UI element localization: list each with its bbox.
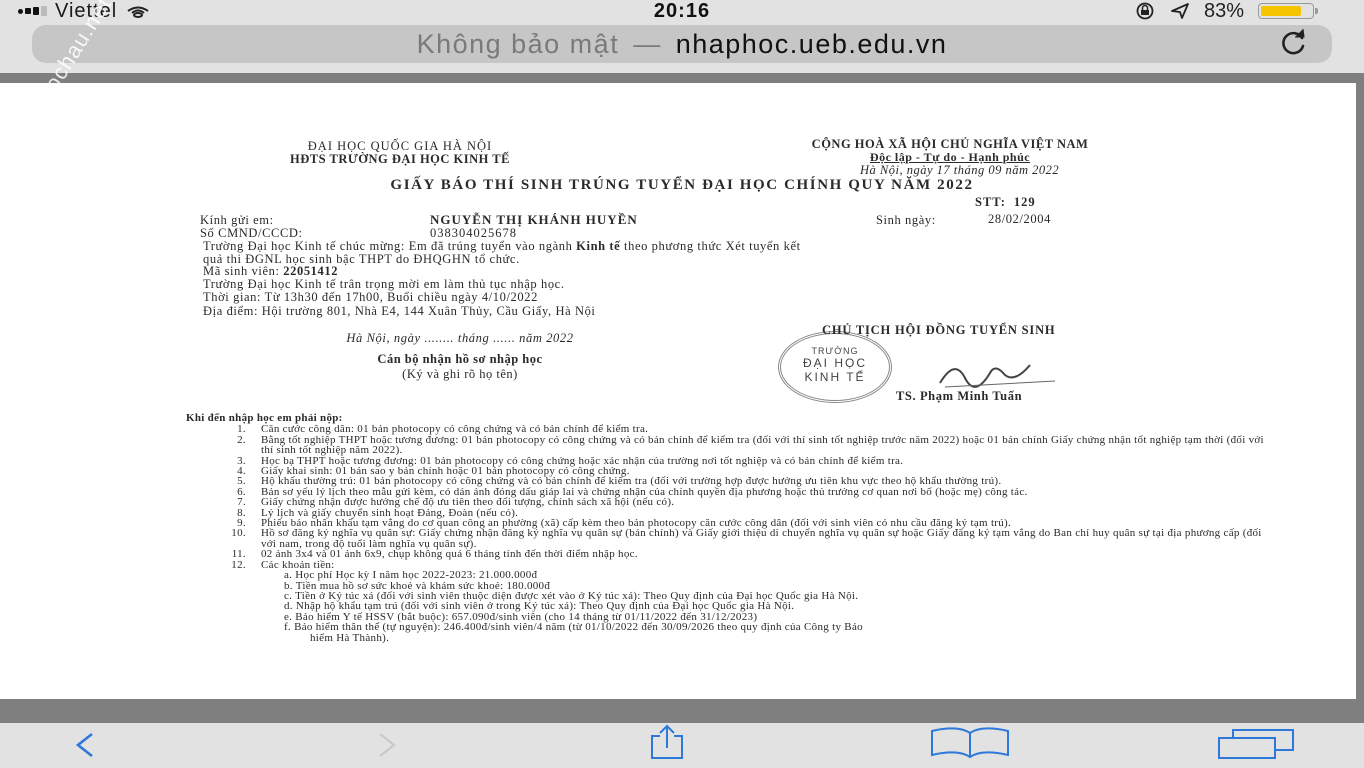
fee-item-continuation: hiểm Hà Thành).	[284, 633, 1266, 643]
share-button[interactable]	[645, 726, 689, 758]
status-right: 83%	[1134, 0, 1314, 22]
issue-date: Hà Nội, ngày 17 tháng 09 năm 2022	[860, 163, 1059, 178]
address-bar[interactable]: Không bảo mật — nhaphoc.ueb.edu.vn	[32, 25, 1332, 63]
signature-scribble	[935, 353, 1065, 393]
forward-icon	[376, 730, 400, 760]
requirement-item: Bằng tốt nghiệp THPT hoặc tương đương: 0…	[249, 435, 1266, 456]
url-host: nhaphoc.ueb.edu.vn	[676, 29, 948, 60]
reload-icon[interactable]	[1276, 29, 1310, 59]
url-separator: —	[633, 29, 662, 60]
location-icon	[1170, 2, 1190, 20]
student-id-label: Mã sinh viên:	[203, 264, 283, 278]
browser-toolbar	[0, 723, 1364, 768]
stamp-line-2: ĐẠI HỌC	[781, 356, 889, 370]
receiver-note: (Ký và ghi rõ họ tên)	[250, 367, 670, 382]
major-name: Kinh tế	[576, 239, 620, 253]
dob-value: 28/02/2004	[988, 212, 1051, 227]
official-stamp: TRƯỜNG ĐẠI HỌC KINH TẾ	[778, 331, 892, 403]
share-icon	[648, 724, 686, 760]
chairman-signature-block: CHỦ TỊCH HỘI ĐỒNG TUYỂN SINH TS. Phạm Mi…	[800, 323, 1240, 338]
forward-button[interactable]	[366, 729, 410, 761]
address-bar-container: Không bảo mật — nhaphoc.ueb.edu.vn	[0, 22, 1364, 73]
requirements-section: Khi đến nhập học em phải nộp: Căn cước c…	[186, 413, 1266, 643]
battery-percent: 83%	[1204, 0, 1244, 23]
fees-list: a. Học phí Học kỳ I năm học 2022-2023: 2…	[186, 570, 1266, 643]
battery-fill	[1261, 6, 1301, 16]
time-line: Thời gian: Từ 13h30 đến 17h00, Buổi chiề…	[203, 290, 538, 305]
status-bar: Viettel 20:16 83%	[0, 0, 1364, 22]
issuer-header: ĐẠI HỌC QUỐC GIA HÀ NỘI HĐTS TRƯỜNG ĐẠI …	[180, 140, 620, 166]
chairman-role: CHỦ TỊCH HỘI ĐỒNG TUYỂN SINH	[822, 323, 1240, 338]
bookmarks-icon	[928, 727, 1012, 761]
battery-icon	[1258, 3, 1314, 19]
web-content: ĐẠI HỌC QUỐC GIA HÀ NỘI HĐTS TRƯỜNG ĐẠI …	[0, 73, 1364, 723]
issuer-line-2: HĐTS TRƯỜNG ĐẠI HỌC KINH TẾ	[180, 153, 620, 166]
requirements-list: Căn cước công dân: 01 bản photocopy có c…	[186, 424, 1266, 570]
stamp-line-3: KINH TẾ	[781, 370, 889, 384]
orientation-lock-icon	[1134, 2, 1156, 20]
congrats-text-a: Trường Đại học Kinh tế chúc mừng: Em đã …	[203, 239, 576, 253]
receiver-role: Cán bộ nhận hồ sơ nhập học	[250, 352, 670, 367]
chairman-name: TS. Phạm Minh Tuấn	[896, 389, 1022, 404]
requirements-heading: Khi đến nhập học em phải nộp:	[186, 413, 1266, 423]
bookmarks-button[interactable]	[925, 728, 1015, 760]
stt-value: 129	[1014, 195, 1036, 209]
serial-number: STT:129	[975, 195, 1036, 210]
document-page: ĐẠI HỌC QUỐC GIA HÀ NỘI HĐTS TRƯỜNG ĐẠI …	[0, 83, 1356, 699]
national-header: CỘNG HOÀ XÃ HỘI CHỦ NGHĨA VIỆT NAM Độc l…	[680, 138, 1220, 164]
stt-label: STT:	[975, 195, 1006, 209]
tabs-button[interactable]	[1212, 727, 1302, 759]
receiver-signature-block: Hà Nội, ngày ........ tháng ...... năm 2…	[250, 331, 670, 382]
dob-label: Sinh ngày:	[876, 213, 936, 228]
back-button[interactable]	[62, 729, 106, 761]
tabs-icon	[1215, 726, 1299, 760]
admission-letter: ĐẠI HỌC QUỐC GIA HÀ NỘI HĐTS TRƯỜNG ĐẠI …	[0, 83, 1356, 699]
requirement-item: Hồ sơ đăng ký nghĩa vụ quân sự: Giấy chứ…	[249, 528, 1266, 549]
receiver-date: Hà Nội, ngày ........ tháng ...... năm 2…	[250, 331, 670, 346]
student-id-value: 22051412	[283, 264, 338, 278]
back-icon	[72, 730, 96, 760]
fee-item: a. Học phí Học kỳ I năm học 2022-2023: 2…	[284, 570, 1266, 580]
security-label: Không bảo mật	[417, 29, 620, 60]
requirement-item: 02 ảnh 3x4 và 01 ảnh 6x9, chụp không quá…	[249, 549, 1266, 559]
document-title: GIẤY BÁO THÍ SINH TRÚNG TUYỂN ĐẠI HỌC CH…	[0, 177, 1364, 194]
fee-item: f. Bảo hiểm thân thể (tự nguyện): 246.40…	[284, 622, 1266, 632]
stamp-line-1: TRƯỜNG	[781, 346, 889, 356]
congrats-text-b: theo phương thức Xét tuyển kết	[620, 239, 800, 253]
place-line: Địa điểm: Hội trường 801, Nhà E4, 144 Xu…	[203, 304, 596, 319]
